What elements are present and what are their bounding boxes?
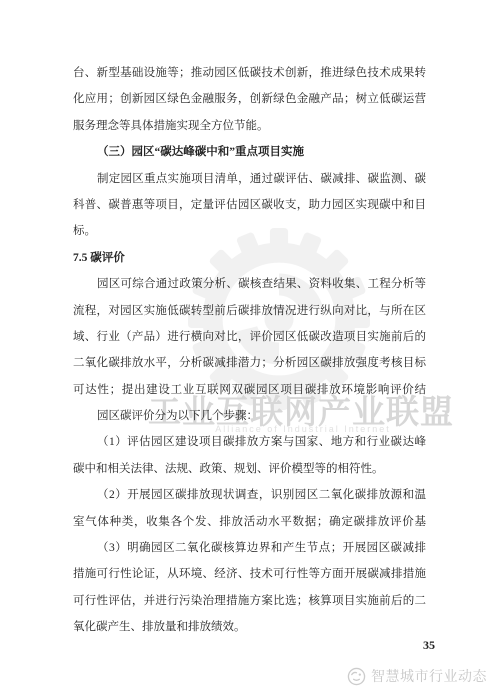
body-text-line: 服务理念等具体措施实现全方位节能。 [73,113,426,139]
footer-logo-icon [347,667,366,686]
body-text-line: （2）开展园区碳排放现状调查，识别园区二氧化碳排放源和温 [73,482,426,508]
body-text-line: 可行性评估，并进行污染治理措施方案比选；核算项目实施前后的二 [73,588,426,614]
body-text-line: 园区可综合通过政策分析、碳核查结果、资料收集、工程分析等 [73,271,426,297]
body-text-line: 可达性；提出建设工业互联网双碳园区项目碳排放环境影响评价结论。 [73,377,426,403]
footer-watermark: 智慧城市行业动态 [347,666,487,686]
body-text-line: 室气体种类，收集各个发、排放活动水平数据；确定碳排放评价基准。 [73,509,426,535]
section-heading-3: （三）园区“碳达峰碳中和”重点项目实施 [73,139,426,165]
body-text-line: 碳中和相关法律、法规、政策、规划、评价模型等的相符性。 [73,456,426,482]
body-text-line: 流程，对园区实施低碳转型前后碳排放情况进行纵向对比，与所在区 [73,298,426,324]
body-text-line: 园区碳评价分为以下几个步骤： [73,403,426,429]
body-text-line: 台、新型基础设施等；推动园区低碳技术创新，推进绿色技术成果转 [73,60,426,86]
document-body: 台、新型基础设施等；推动园区低碳技术创新，推进绿色技术成果转 化应用；创新园区绿… [73,60,426,641]
page-number: 35 [423,638,435,653]
body-text-line: （3）明确园区二氧化碳核算边界和产生节点；开展园区碳减排 [73,535,426,561]
body-text-line: 措施可行性论证，从环境、经济、技术可行性等方面开展碳减排措施 [73,561,426,587]
body-text-line: 化应用；创新园区绿色金融服务，创新绿色金融产品；树立低碳运营 [73,86,426,112]
footer-watermark-label: 智慧城市行业动态 [371,666,487,686]
document-page: 工业互联网产业联盟 Alliance of Industrial Interne… [0,0,495,700]
body-text-line: 科普、碳普惠等项目，定量评估园区碳收支，助力园区实现碳中和目 [73,192,426,218]
body-text-line: 标。 [73,218,426,244]
body-text-line: 二氧化碳排放水平，分析碳减排潜力；分析园区碳排放强度考核目标 [73,350,426,376]
body-text-line: 氧化碳产生、排放量和排放绩效。 [73,614,426,640]
body-text-line: 制定园区重点实施项目清单，通过碳评估、碳减排、碳监测、碳 [73,166,426,192]
section-heading-7-5: 7.5 碳评价 [73,245,426,271]
body-text-line: （1）评估园区建设项目碳排放方案与国家、地方和行业碳达峰 [73,429,426,455]
body-text-line: 域、行业（产品）进行横向对比，评价园区低碳改造项目实施前后的 [73,324,426,350]
